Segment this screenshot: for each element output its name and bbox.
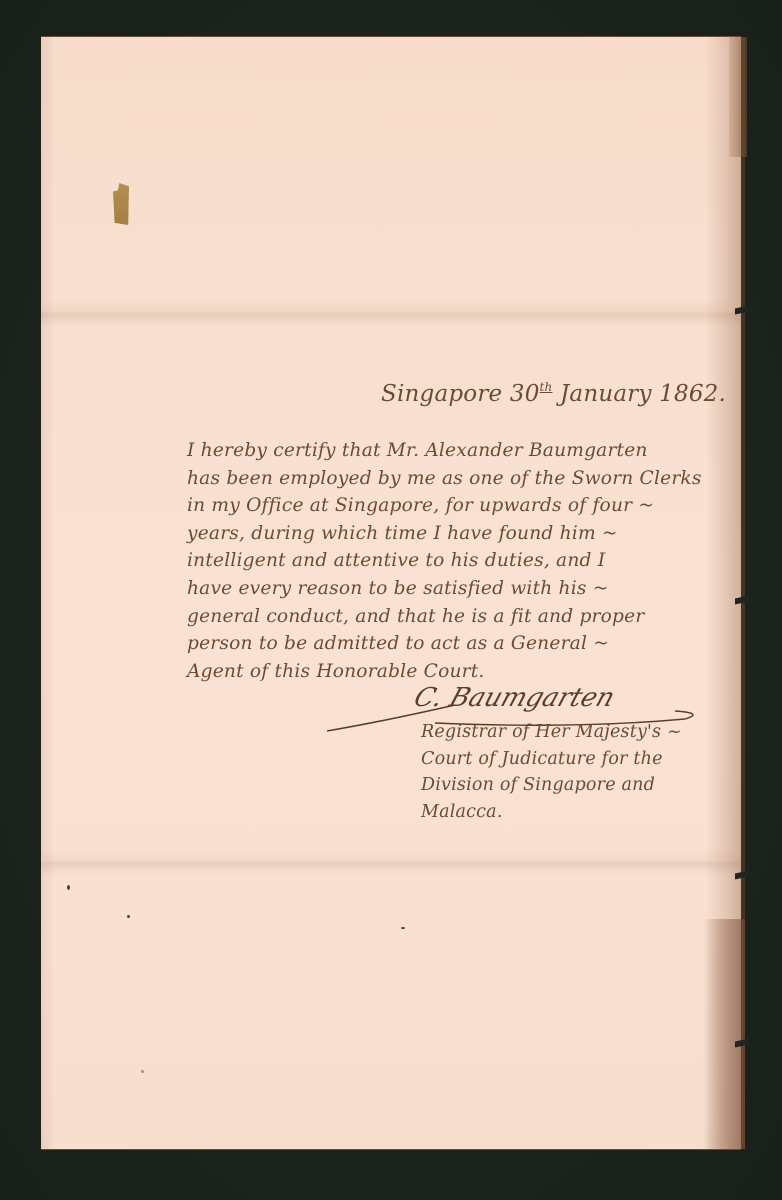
title-line: Malacca.	[421, 799, 682, 826]
body-line: general conduct, and that he is a fit an…	[187, 603, 742, 631]
title-line: Court of Judicature for the	[421, 746, 682, 773]
dateline-month-year: January 1862.	[560, 381, 726, 407]
title-line: Division of Singapore and	[421, 772, 682, 799]
ink-speck	[401, 927, 405, 929]
title-line: Registrar of Her Majesty's ~	[421, 719, 682, 746]
body-line: intelligent and attentive to his duties,…	[187, 547, 742, 575]
body-line: Agent of this Honorable Court.	[187, 658, 742, 686]
ink-speck	[141, 1070, 144, 1073]
ink-speck	[127, 915, 130, 918]
body-line: in my Office at Singapore, for upwards o…	[187, 492, 742, 520]
document-paper: Singapore 30th January 1862. I hereby ce…	[41, 36, 741, 1150]
dateline-day: 30	[510, 381, 540, 407]
signature-name: C. Baumgarten	[410, 683, 618, 713]
aged-bottom-right-stain	[703, 919, 745, 1149]
dateline: Singapore 30th January 1862.	[381, 380, 726, 407]
dateline-place: Singapore	[381, 381, 502, 407]
body-line: has been employed by me as one of the Sw…	[187, 465, 742, 493]
seal-residue-stain	[113, 183, 129, 225]
aged-top-right-corner	[729, 37, 747, 157]
signatory-title: Registrar of Her Majesty's ~ Court of Ju…	[421, 719, 682, 825]
edge-tear	[735, 306, 749, 315]
fold-line-lower	[41, 849, 741, 875]
edge-tear	[735, 871, 749, 880]
body-line: have every reason to be satisfied with h…	[187, 575, 742, 603]
body-line: person to be admitted to act as a Genera…	[187, 630, 742, 658]
ink-speck	[67, 885, 70, 890]
body-line: I hereby certify that Mr. Alexander Baum…	[187, 437, 742, 465]
dateline-day-suffix: th	[540, 380, 553, 394]
body-line: years, during which time I have found hi…	[187, 520, 742, 548]
scan-background: Singapore 30th January 1862. I hereby ce…	[0, 0, 782, 1200]
fold-line-upper	[41, 300, 741, 326]
certificate-body: I hereby certify that Mr. Alexander Baum…	[187, 437, 742, 685]
